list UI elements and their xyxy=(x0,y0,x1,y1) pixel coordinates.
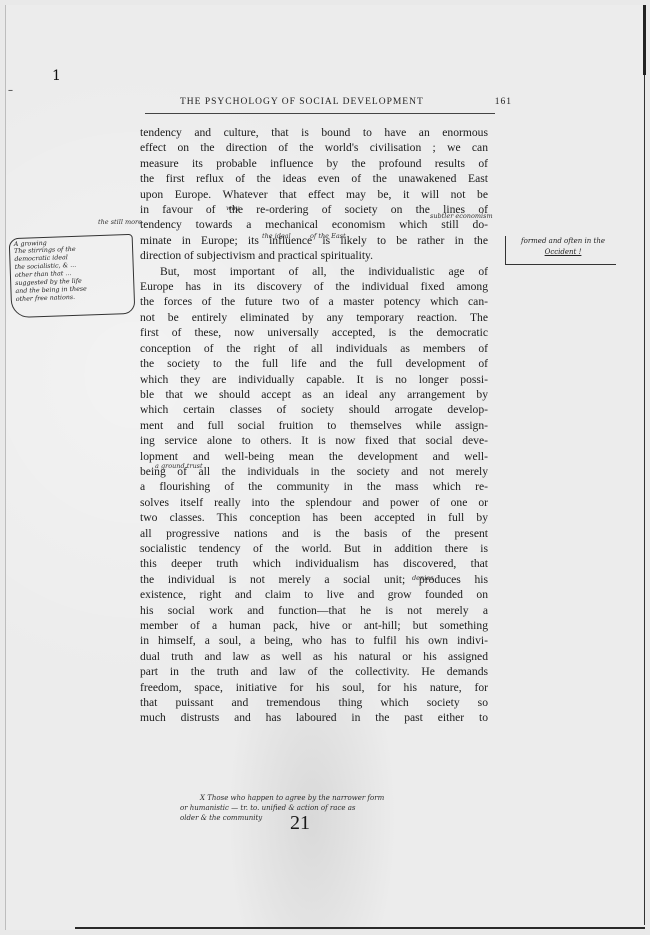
text-line: first of these, now universally accepted… xyxy=(140,325,488,340)
text-line: which they are individually capable. It … xyxy=(140,372,488,387)
edge-mark: – xyxy=(8,85,13,96)
text-line: Europe has in its discovery of the indiv… xyxy=(140,279,488,294)
text-line: his social work and function—that he is … xyxy=(140,603,488,618)
page-number: 161 xyxy=(495,97,512,107)
insertion-note: subtler economism xyxy=(430,212,493,220)
running-head-title: THE PSYCHOLOGY OF SOCIAL DEVELOPMENT xyxy=(180,97,424,107)
text-line: ing service alone to others. It is now f… xyxy=(140,433,488,448)
text-line: freedom, space, initiative for his soul,… xyxy=(140,680,488,695)
text-line: solves itself really into the splendour … xyxy=(140,495,488,510)
text-line: measure its probable influence by the pr… xyxy=(140,156,488,171)
text-line: the society to the full life and the ful… xyxy=(140,356,488,371)
annotation-line: Occident ! xyxy=(506,247,616,258)
running-head: THE PSYCHOLOGY OF SOCIAL DEVELOPMENT 161 xyxy=(180,97,490,107)
text-line: ble that we should accept as an ideal an… xyxy=(140,387,488,402)
footnote-line: or humanistic — tr. to. unified & action… xyxy=(180,803,500,813)
insertion-note: way xyxy=(226,204,239,212)
insertion-note: the still more xyxy=(98,218,142,226)
text-line: direction of subjectivism and practical … xyxy=(140,248,488,263)
text-line: ment and full social fruition to themsel… xyxy=(140,418,488,433)
page-edge-right-dark xyxy=(643,5,646,75)
text-line: But, most important of all, the individu… xyxy=(140,264,488,279)
text-line: a flourishing of the community in the ma… xyxy=(140,479,488,494)
text-line: conception of the right of all individua… xyxy=(140,341,488,356)
text-line: dual truth and law as well as his natura… xyxy=(140,649,488,664)
text-line: existence, right and claim to live and g… xyxy=(140,587,488,602)
text-line: in himself, a soul, a being, who has to … xyxy=(140,633,488,648)
page-edge-left xyxy=(5,5,6,930)
text-line: tendency and culture, that is bound to h… xyxy=(140,125,488,140)
text-line: socialistic tendency of the world. But i… xyxy=(140,541,488,556)
text-line: upon Europe. Whatever that effect may be… xyxy=(140,187,488,202)
corner-handwritten-mark: 1 xyxy=(52,68,61,84)
page-edge-bottom xyxy=(75,927,645,929)
handwritten-footnote: X Those who happen to agree by the narro… xyxy=(180,793,500,823)
text-line: much distrusts and has laboured in the p… xyxy=(140,710,488,725)
text-line: two classes. This conception has been ac… xyxy=(140,510,488,525)
footnote-line: X Those who happen to agree by the narro… xyxy=(180,793,500,803)
insertion-note: of the East xyxy=(310,232,346,240)
text-line: all progressive nations and is the basis… xyxy=(140,526,488,541)
text-line: that puissant and tremendous thing which… xyxy=(140,695,488,710)
insertion-note: the ideal xyxy=(262,232,291,240)
text-line: the forces of the future two of a master… xyxy=(140,294,488,309)
folio-number: 21 xyxy=(290,812,310,835)
left-margin-annotation: A growing The stirrings of the democrati… xyxy=(9,234,136,318)
header-rule xyxy=(145,113,495,114)
page-edge-right xyxy=(644,75,645,925)
text-line: part in the truth and law of the collect… xyxy=(140,664,488,679)
insertion-note: a ground trust xyxy=(155,462,203,470)
text-line: the first reflux of the ideas even of th… xyxy=(140,171,488,186)
text-line: this deeper truth which individualism ha… xyxy=(140,556,488,571)
footnote-line: older & the community xyxy=(180,813,500,823)
text-line: the individual is not merely a social un… xyxy=(140,572,488,587)
text-line: member of a human pack, hive or ant-hill… xyxy=(140,618,488,633)
insertion-note: denies xyxy=(412,574,433,582)
text-line: not be entirely eliminated by any tempor… xyxy=(140,310,488,325)
right-margin-annotation: formed and often in the Occident ! xyxy=(505,236,616,265)
text-line: effect on the direction of the world's c… xyxy=(140,140,488,155)
text-line: which certain classes of society should … xyxy=(140,402,488,417)
annotation-line: formed and often in the xyxy=(506,236,616,247)
